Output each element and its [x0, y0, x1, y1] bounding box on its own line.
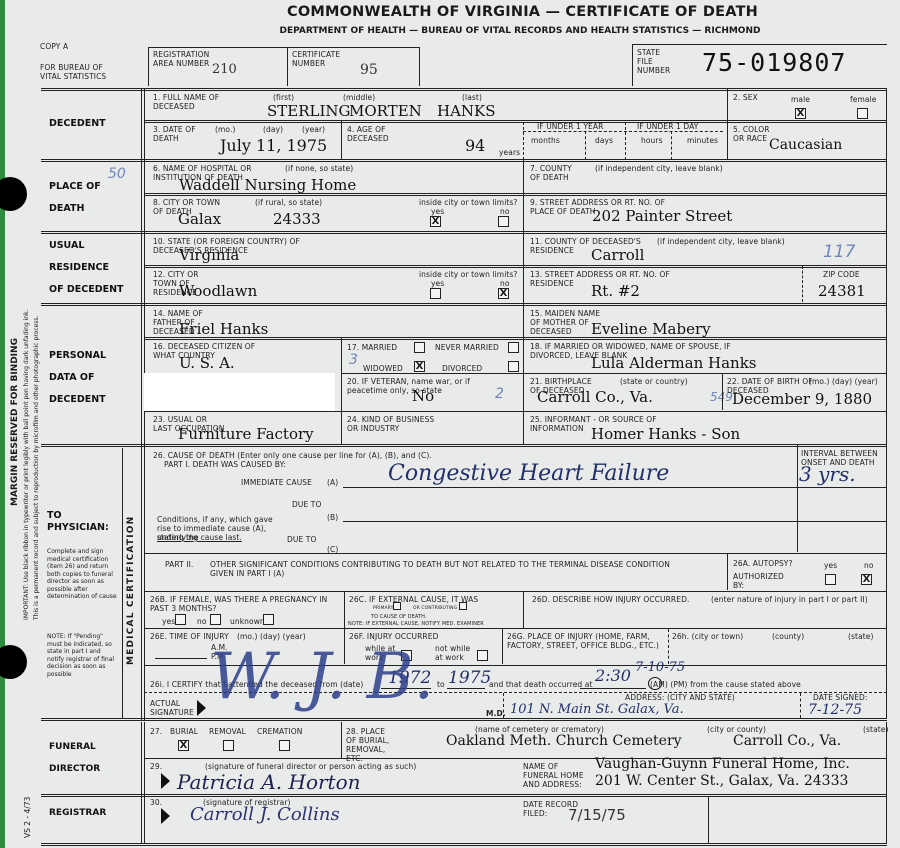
- field-7-hint: (if independent city, leave blank): [595, 164, 723, 173]
- field-17-label: 17. MARRIED: [347, 343, 397, 352]
- date-of-death: July 11, 1975: [220, 136, 327, 155]
- months-label: months: [531, 136, 560, 145]
- physician-address: 101 N. Main St. Galax, Va.: [510, 702, 684, 717]
- section-death-label: DEATH: [49, 203, 84, 214]
- authorized-label: AUTHORIZED BY:: [733, 572, 783, 590]
- section-residence-label: RESIDENCE: [49, 262, 109, 273]
- date-of-birth: December 9, 1880: [732, 390, 872, 408]
- death-certificate: COMMONWEALTH OF VIRGINIA — CERTIFICATE O…: [0, 0, 900, 848]
- place-code: 50: [108, 166, 126, 182]
- pregnancy-yes-checkbox[interactable]: [175, 614, 186, 625]
- pregnancy-no-label: no: [197, 617, 207, 626]
- inside-no-label: no: [500, 207, 510, 216]
- not-while-at-work-checkbox[interactable]: [477, 650, 488, 661]
- certificate-subtitle: DEPARTMENT OF HEALTH — BUREAU OF VITAL R…: [5, 26, 900, 36]
- registrar-signature[interactable]: Carroll J. Collins: [190, 804, 340, 825]
- section-decedent2-label: DECEDENT: [49, 394, 106, 405]
- section-decedent: DECEDENT: [49, 118, 106, 129]
- important-note-1: IMPORTANT: Use black ribbon in typewrite…: [23, 310, 30, 620]
- section-director: DIRECTOR: [49, 764, 100, 774]
- cause-a-label: (A): [327, 478, 338, 487]
- copy-for-label: FOR BUREAU OF VITAL STATISTICS: [40, 63, 120, 81]
- primary-label: primary: [373, 604, 393, 613]
- autopsy-yes-label: yes: [824, 561, 837, 570]
- divorced-checkbox[interactable]: [508, 361, 519, 372]
- section-personal-data: PERSONAL: [49, 350, 106, 361]
- not-while-at-work-label: not while at work: [435, 644, 475, 662]
- first-name: STERLING: [267, 102, 351, 120]
- veteran-code: 2: [495, 386, 504, 402]
- county-code: 117: [823, 242, 855, 262]
- binding-hole-2: [0, 645, 27, 679]
- field-22-hint: (mo.) (day) (year): [809, 377, 878, 386]
- residence-state: Virginia: [179, 246, 239, 264]
- first-name-hint: (first): [273, 93, 294, 102]
- certificate-title: COMMONWEALTH OF VIRGINIA — CERTIFICATE O…: [5, 4, 900, 20]
- removal-label: REMOVAL: [209, 727, 246, 736]
- director-signature-arrow-icon: [161, 773, 170, 789]
- sex-male-checkbox[interactable]: X: [795, 108, 806, 119]
- never-married-checkbox[interactable]: [508, 342, 519, 353]
- autopsy-yes-checkbox[interactable]: [825, 574, 836, 585]
- death-time-date: 7-10-75: [635, 660, 685, 675]
- years-label: years: [499, 148, 520, 157]
- immediate-cause: Congestive Heart Failure: [388, 461, 669, 486]
- section-funeral: FUNERAL: [49, 742, 96, 752]
- sex-female-checkbox[interactable]: [857, 108, 868, 119]
- field-26a-label: 26a. AUTOPSY?: [733, 559, 793, 568]
- due-to-label-2: DUE TO: [287, 535, 316, 544]
- physician-signature[interactable]: W. J. B.: [210, 640, 434, 714]
- middle-name-hint: (middle): [343, 93, 375, 102]
- burial-location: Carroll Co., Va.: [733, 733, 841, 749]
- day-hint: (day): [263, 125, 283, 134]
- external-primary-checkbox[interactable]: [393, 602, 401, 610]
- external-contributing-checkbox[interactable]: [459, 602, 467, 610]
- part-2-label: PART II.: [165, 560, 193, 569]
- field-1-label: 1. FULL NAME OF DECEASED: [153, 93, 233, 111]
- underlying-label: underlying cause last.: [157, 533, 242, 542]
- last-name-hint: (last): [462, 93, 482, 102]
- res-inside-limits-label: inside city or town limits?: [419, 270, 518, 279]
- interval-a: 3 yrs.: [799, 462, 856, 486]
- date-filed: 7/15/75: [568, 806, 626, 824]
- residence-county: Carroll: [591, 246, 644, 264]
- death-city-zip: 24333: [273, 210, 321, 228]
- signature-arrow-icon: [197, 700, 206, 716]
- part-2-text: OTHER SIGNIFICANT CONDITIONS CONTRIBUTIN…: [210, 560, 670, 578]
- field-24-label: 24. KIND OF BUSINESS OR INDUSTRY: [347, 415, 437, 433]
- spouse-name: Lula Alderman Hanks: [591, 354, 756, 372]
- male-label: male: [791, 95, 810, 104]
- field-8-hint: (if rural, so state): [255, 198, 322, 207]
- state-file-label: STATE FILE NUMBER: [637, 48, 677, 75]
- res-inside-yes-label: yes: [431, 279, 444, 288]
- veteran-status: No: [412, 387, 434, 405]
- pending-note: NOTE: If "Pending" must be indicated, so…: [47, 633, 119, 678]
- married-checkbox[interactable]: [414, 342, 425, 353]
- pregnancy-no-checkbox[interactable]: [210, 614, 221, 625]
- age: 94: [465, 136, 485, 155]
- field-26d-label: 26d. DESCRIBE HOW INJURY OCCURRED.: [532, 595, 689, 604]
- under-day-label: IF UNDER 1 DAY: [637, 122, 698, 131]
- contributing-label: or contributing: [413, 604, 457, 613]
- female-label: female: [850, 95, 876, 104]
- divorced-label: DIVORCED: [442, 364, 482, 373]
- hours-label: hours: [641, 136, 663, 145]
- field-2-label: 2. SEX: [733, 93, 758, 102]
- registration-number: 210: [212, 62, 237, 77]
- state-file-number: 75-019807: [702, 48, 846, 77]
- section-usual-residence: USUAL: [49, 240, 84, 251]
- widowed-checkbox[interactable]: X: [414, 361, 425, 372]
- cemetery-name: Oakland Meth. Church Cemetery: [446, 733, 682, 749]
- res-inside-no-checkbox[interactable]: X: [498, 288, 509, 299]
- year-hint: (year): [302, 125, 325, 134]
- death-occurred-label: and that death occurred at: [489, 680, 593, 689]
- death-inside-no-checkbox[interactable]: [498, 216, 509, 227]
- residence-street: Rt. #2: [591, 282, 640, 300]
- physician-instructions: Complete and sign medical certification …: [47, 548, 119, 601]
- director-signature[interactable]: Patricia A. Horton: [177, 770, 361, 794]
- form-number: VS 2 - 4/73: [23, 797, 32, 838]
- marital-code: 3: [349, 352, 358, 368]
- date-signed-label: DATE SIGNED:: [813, 693, 868, 702]
- funeral-home-name: Vaughan-Guynn Funeral Home, Inc.: [595, 756, 850, 772]
- citizenship: U. S. A.: [179, 354, 235, 372]
- copy-label: COPY A: [40, 42, 68, 51]
- death-city: Galax: [178, 210, 221, 228]
- funeral-home-address: 201 W. Center St., Galax, Va. 24333: [595, 773, 848, 789]
- due-to-label-1: DUE TO: [292, 500, 321, 509]
- field-3-label: 3. DATE OF DEATH: [153, 125, 201, 143]
- immediate-cause-label: IMMEDIATE CAUSE: [241, 478, 312, 487]
- never-married-label: NEVER MARRIED: [435, 343, 499, 352]
- burial-checkbox[interactable]: X: [178, 740, 189, 751]
- injury-county-hint: (county): [772, 632, 804, 641]
- certificate-label: CERTIFICATE NUMBER: [292, 50, 352, 68]
- autopsy-no-label: no: [864, 561, 874, 570]
- actual-signature-label: ACTUAL SIGNATURE: [150, 699, 190, 717]
- ampm-label: (AM) (PM) from the cause stated above: [650, 680, 801, 689]
- hospital-name: Waddell Nursing Home: [179, 176, 356, 194]
- death-time: 2:30: [595, 666, 631, 685]
- mother-maiden-name: Eveline Mabery: [591, 320, 711, 338]
- field-6-hint: (if none, so state): [285, 164, 353, 173]
- binding-margin-label: MARGIN RESERVED FOR BINDING: [10, 338, 20, 506]
- field-26g-label: 26g. PLACE OF INJURY (home, farm, factor…: [507, 632, 667, 650]
- residence-city: Woodlawn: [179, 282, 257, 300]
- important-note-2: This is a permanent record and subject t…: [33, 316, 40, 620]
- res-inside-yes-checkbox[interactable]: [430, 288, 441, 299]
- month-hint: (mo.): [215, 125, 236, 134]
- section-physician: PHYSICIAN:: [47, 522, 109, 533]
- birthplace: Carroll Co., Va.: [537, 388, 653, 406]
- binding-hole-1: [0, 177, 27, 211]
- autopsy-no-checkbox[interactable]: X: [861, 574, 872, 585]
- residence-zip: 24381: [818, 282, 866, 300]
- cause-b-label: (B): [327, 513, 338, 522]
- inside-limits-label: inside city or town limits?: [419, 198, 518, 207]
- death-street: 202 Painter Street: [592, 207, 732, 225]
- informant: Homer Hanks - Son: [591, 425, 740, 443]
- redacted-field-19: [144, 373, 335, 412]
- days-label: days: [595, 136, 613, 145]
- pregnancy-yes-label: yes: [162, 617, 175, 626]
- field-4-label: 4. AGE OF DECEASED: [347, 125, 407, 143]
- race: Caucasian: [769, 137, 842, 153]
- field-26d-hint: (enter nature of injury in part I or par…: [711, 595, 868, 604]
- attended-to-year: 1975: [448, 668, 491, 688]
- section-registrar: REGISTRAR: [49, 808, 106, 818]
- last-name: HANKS: [437, 102, 496, 120]
- death-inside-yes-checkbox[interactable]: X: [430, 216, 441, 227]
- cremation-checkbox[interactable]: [279, 740, 290, 751]
- zip-label: ZIP CODE: [823, 270, 860, 279]
- minutes-label: minutes: [687, 136, 718, 145]
- res-inside-no-label: no: [500, 279, 510, 288]
- injury-state-hint: (state): [848, 632, 874, 641]
- widowed-label: WIDOWED: [363, 364, 403, 373]
- funeral-home-label: NAME OF FUNERAL HOME AND ADDRESS:: [523, 762, 591, 789]
- certificate-number: 95: [360, 62, 378, 78]
- removal-checkbox[interactable]: [223, 740, 234, 751]
- middle-name: MORTEN: [349, 102, 422, 120]
- date-signed: 7-12-75: [808, 702, 862, 718]
- field-7-label: 7. COUNTY OF DEATH: [530, 164, 580, 182]
- registrar-signature-arrow-icon: [161, 808, 170, 824]
- medical-certification-label: MEDICAL CERTIFICATION: [126, 516, 136, 665]
- under-year-label: IF UNDER 1 YEAR: [537, 122, 603, 131]
- to-label: to: [437, 680, 445, 689]
- field-11-hint: (if independent city, leave blank): [657, 237, 785, 246]
- field-26-label: 26. CAUSE OF DEATH (Enter only one cause…: [153, 451, 432, 460]
- inside-yes-label: yes: [431, 207, 444, 216]
- physician-address-label: ADDRESS: (CITY AND STATE): [625, 693, 735, 702]
- occupation: Furniture Factory: [178, 425, 314, 443]
- section-place-of-death: PLACE OF: [49, 181, 101, 192]
- field-21-hint: (state or country): [620, 377, 688, 386]
- father-name: Friel Hanks: [179, 320, 268, 338]
- burial-state-hint: (state): [863, 725, 889, 734]
- section-data-of-label: DATA OF: [49, 372, 94, 383]
- section-of-decedent-label: OF DECEDENT: [49, 284, 124, 295]
- cremation-label: CREMATION: [257, 727, 302, 736]
- section-to: TO: [47, 510, 62, 521]
- field-30-label: 30.: [150, 798, 162, 807]
- pregnancy-unknown-label: unknown: [230, 617, 265, 626]
- field-29-label: 29.: [150, 762, 162, 771]
- part-1-label: PART I. DEATH WAS CAUSED BY:: [164, 460, 286, 469]
- pregnancy-unknown-checkbox[interactable]: [263, 614, 274, 625]
- burial-label: BURIAL: [170, 727, 198, 736]
- field-27-label: 27.: [150, 727, 162, 736]
- field-26h-label: 26h. (city or town): [672, 632, 743, 641]
- field-26b-label: 26b. IF FEMALE, WAS THERE A PREGNANCY IN…: [150, 595, 340, 613]
